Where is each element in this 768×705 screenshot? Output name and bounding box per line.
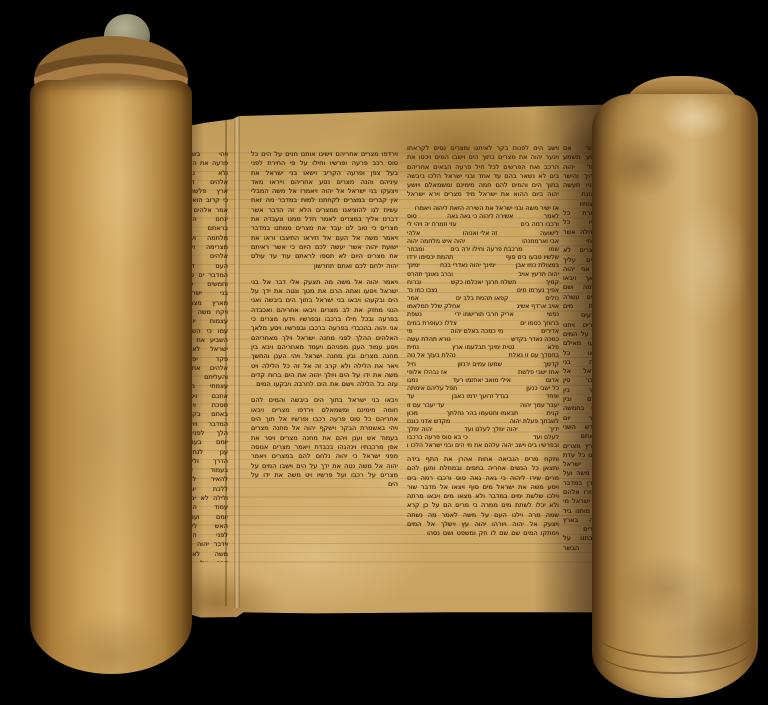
winding-ring: [598, 628, 750, 674]
song-segment: אשירה ליהוה כי גאה גאה: [447, 213, 513, 221]
song-segment: נשפת: [407, 311, 422, 319]
song-segment: נחית: [407, 344, 419, 352]
song-segment: עד יעבר עם זו: [407, 402, 444, 410]
song-segment: אריק חרבי תורישמו ידי: [455, 311, 514, 319]
left-column-paragraph: ויבאו בני ישראל בתוך הים ביבשה והמים להם…: [251, 396, 398, 489]
song-segment: שמעו עמים ירגזון: [457, 361, 502, 369]
song-segment: יהוה איש מלחמה יהוה: [407, 238, 465, 246]
song-segment: אלהי: [407, 230, 420, 238]
right-roller-body: [592, 94, 758, 698]
song-segment: נהלת בעזך אל נוה: [407, 352, 456, 360]
left-column-paragraph: וירדפו מצרים אחריהם וישיגו אותם חנים על …: [251, 150, 398, 271]
text-column-left: וירדפו מצרים אחריהם וישיגו אותם חנים על …: [251, 150, 398, 564]
song-segment: תפל עליהם אימתה: [407, 385, 457, 393]
song-segment: מי כמכה באלם יהוה: [450, 328, 503, 336]
song-segment: בגדל זרועך ידמו כאבן: [452, 393, 509, 401]
song-segment: ימינך יהוה נאדרי בכח: [440, 262, 496, 270]
song-segment: וברוח: [407, 279, 421, 287]
song-segment: אחלק שלל תמלאמו: [407, 303, 460, 311]
song-segment: ימינך: [407, 262, 420, 270]
song-segment: מרכבת פרעה וחילו ירה בים: [450, 246, 522, 254]
torah-scroll-photo: ויהי בשלח פרעה את העם ולא נחם אלהים דרך …: [0, 0, 768, 705]
song-segment: תשלח חרנך יאכלמו כקש: [451, 279, 517, 287]
song-segment: צללו כעופרת במים: [407, 320, 457, 328]
song-segment: יהוה ימלך לעלם ועד: [464, 426, 517, 434]
song-segment: תבאמו ותטעמו בהר נחלתך: [446, 410, 518, 418]
song-segment: מכון: [407, 410, 418, 418]
song-segment: זה אלי ואנוהו: [463, 230, 498, 238]
song-segment: כי בא סוס פרעה ברכבו: [407, 434, 468, 442]
song-segment: נמגו: [407, 377, 418, 385]
song-segment: יהוה ימלך: [407, 426, 433, 434]
song-segment: קפאו תהמת בלב ים: [456, 295, 509, 303]
sheet-seam: [234, 108, 240, 608]
song-segment: אז נבהלו אלופי: [407, 369, 447, 377]
song-segment: נורא תהלת עשה: [407, 336, 451, 344]
song-segment: נטית ימינך תבלעמו ארץ: [452, 344, 515, 352]
left-roller: [30, 14, 192, 674]
song-segment: סוס: [407, 213, 417, 221]
song-segment: חיל: [407, 361, 416, 369]
song-segment: מי: [407, 328, 413, 336]
song-segment: וברב גאונך תהרס: [407, 271, 453, 279]
left-roller-body: [30, 80, 192, 674]
song-segment: אילי מואב יאחזמו רעד: [453, 377, 511, 385]
parchment-sheet: ויהי בשלח פרעה את העם ולא נחם אלהים דרך …: [178, 100, 630, 618]
song-segment: אמר: [407, 295, 419, 303]
left-column-paragraph: ויאמר יהוה אל משה מה תצעק אלי דבר אל בני…: [251, 278, 398, 390]
song-segment: תהמת יכסימו ירדו: [407, 254, 453, 262]
right-roller: [592, 76, 758, 698]
song-segment: עזי וזמרת יה ויהי לי: [407, 221, 457, 229]
song-segment: עד: [407, 393, 414, 401]
song-segment: נצבו כמו נד: [407, 287, 437, 295]
song-segment: ומבחר: [407, 246, 424, 254]
song-segment: מקדש אדני כוננו: [407, 418, 450, 426]
